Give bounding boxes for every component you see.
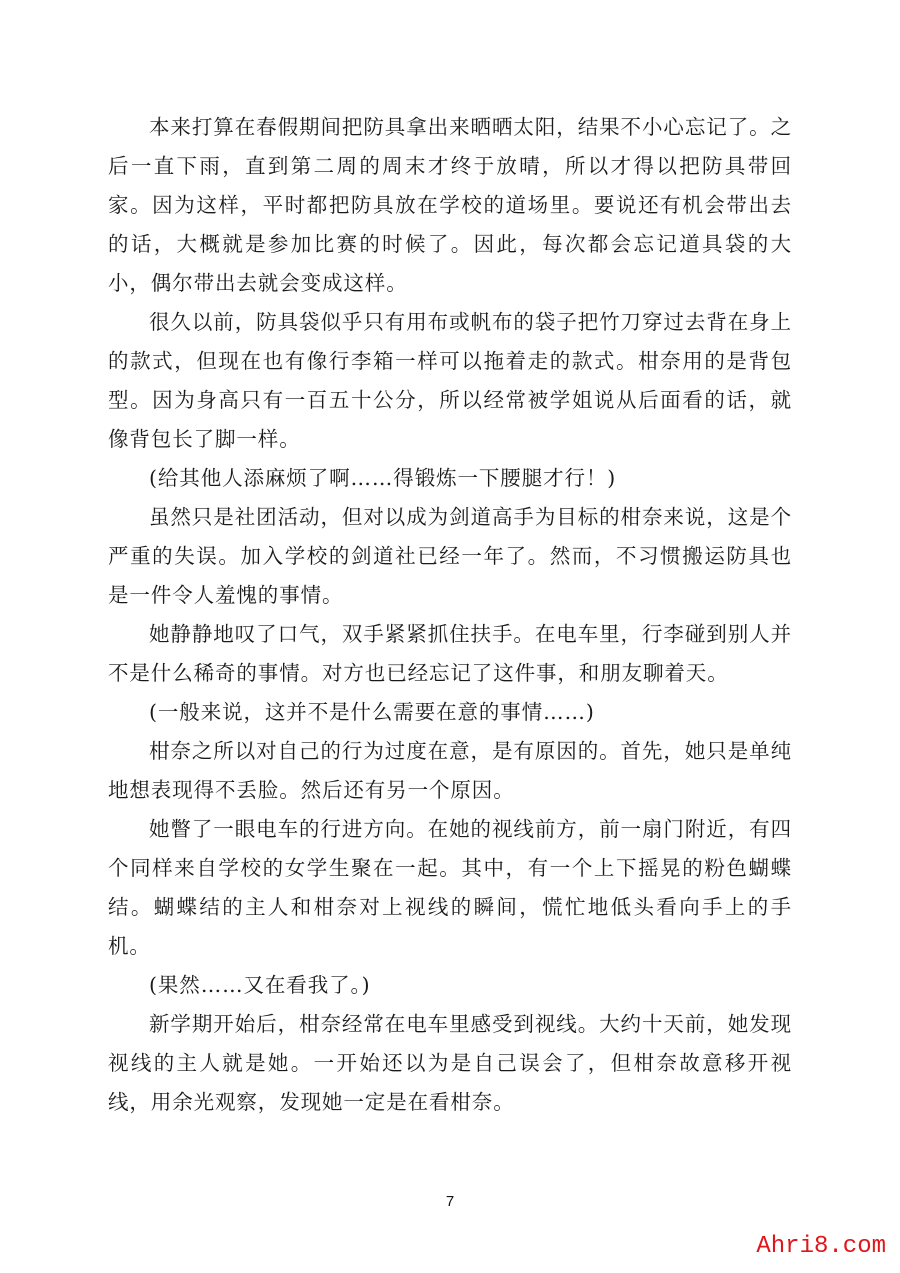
- paragraph: 本来打算在春假期间把防具拿出来晒晒太阳，结果不小心忘记了。之后一直下雨，直到第二…: [108, 108, 792, 303]
- page-body: 本来打算在春假期间把防具拿出来晒晒太阳，结果不小心忘记了。之后一直下雨，直到第二…: [108, 108, 792, 1122]
- paragraph: 很久以前，防具袋似乎只有用布或帆布的袋子把竹刀穿过去背在身上的款式，但现在也有像…: [108, 303, 792, 459]
- paragraph: (果然……又在看我了。): [108, 966, 792, 1005]
- page-number: 7: [0, 1193, 900, 1210]
- paragraph: 她瞥了一眼电车的行进方向。在她的视线前方，前一扇门附近，有四个同样来自学校的女学…: [108, 810, 792, 966]
- paragraph: 新学期开始后，柑奈经常在电车里感受到视线。大约十天前，她发现视线的主人就是她。一…: [108, 1005, 792, 1122]
- paragraph: (给其他人添麻烦了啊……得锻炼一下腰腿才行！): [108, 459, 792, 498]
- paragraph: 她静静地叹了口气，双手紧紧抓住扶手。在电车里，行李碰到别人并不是什么稀奇的事情。…: [108, 615, 792, 693]
- paragraph: 虽然只是社团活动，但对以成为剑道高手为目标的柑奈来说，这是个严重的失误。加入学校…: [108, 498, 792, 615]
- watermark: Ahri8.com: [756, 1233, 886, 1260]
- paragraph: (一般来说，这并不是什么需要在意的事情……): [108, 693, 792, 732]
- paragraph: 柑奈之所以对自己的行为过度在意，是有原因的。首先，她只是单纯地想表现得不丢脸。然…: [108, 732, 792, 810]
